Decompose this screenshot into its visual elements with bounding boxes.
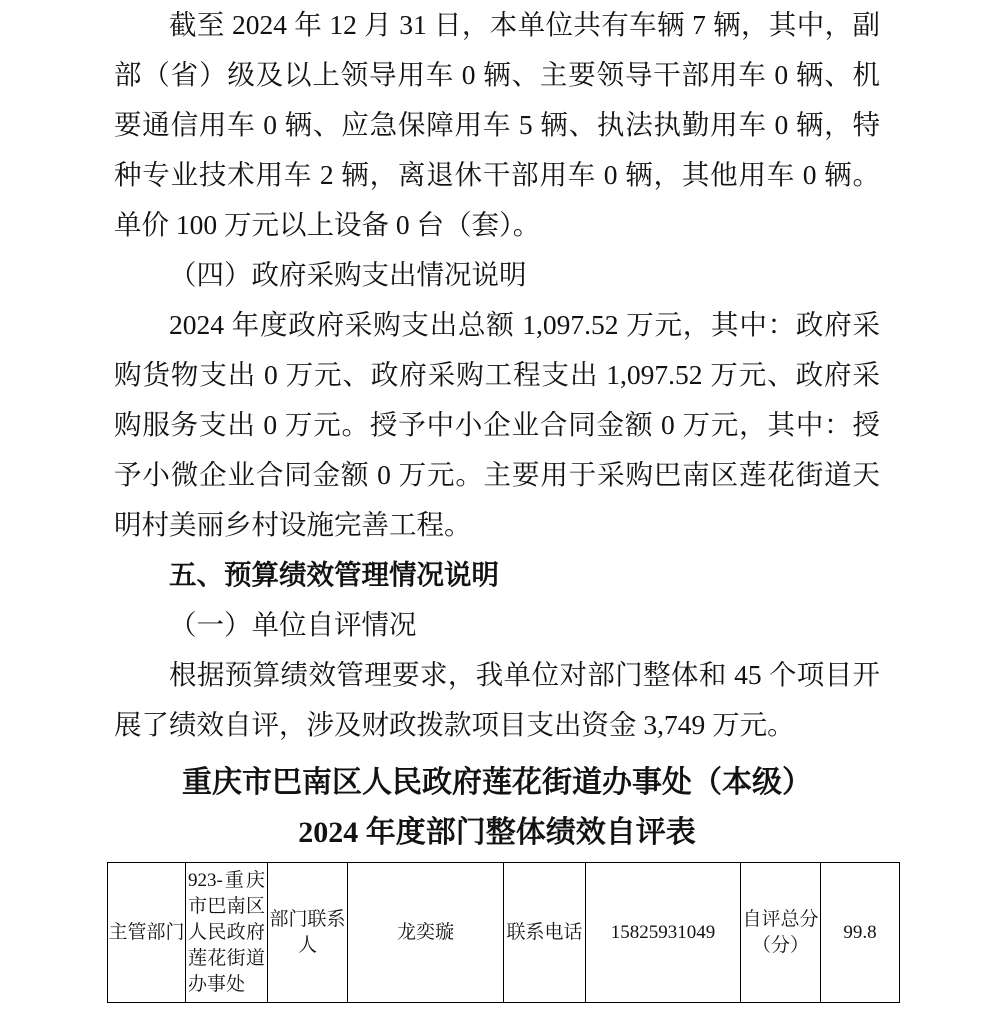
text-line: 2024 年度政府采购支出总额 1,097.52 万元，其中：政府采 [114,300,880,350]
dept-label-cell: 主管部门 [108,863,186,1003]
text-line: 部（省）级及以上领导用车 0 辆、主要领导干部用车 0 辆、机 [114,50,880,100]
self-eval-heading: （一）单位自评情况 [114,600,880,650]
document-body: 截至 2024 年 12 月 31 日，本单位共有车辆 7 辆，其中，副部（省）… [0,0,1000,858]
text-line: 截至 2024 年 12 月 31 日，本单位共有车辆 7 辆，其中，副 [114,0,880,50]
performance-heading: 五、预算绩效管理情况说明 [114,550,880,600]
text-line: 明村美丽乡村设施完善工程。 [114,500,880,550]
dept-value-cell: 923-重庆市巴南区人民政府莲花街道办事处 [186,863,268,1003]
contact-name-cell: 龙奕璇 [348,863,504,1003]
contact-label-cell: 部门联系人 [268,863,348,1003]
self-eval-table: 主管部门 923-重庆市巴南区人民政府莲花街道办事处 部门联系人 龙奕璇 联系电… [107,862,900,1003]
text-line: 购货物支出 0 万元、政府采购工程支出 1,097.52 万元、政府采 [114,350,880,400]
text-line: 种专业技术用车 2 辆，离退休干部用车 0 辆，其他用车 0 辆。 [114,150,880,200]
table-title-line1: 重庆市巴南区人民政府莲花街道办事处（本级） [114,758,880,808]
text-line: 展了绩效自评，涉及财政拨款项目支出资金 3,749 万元。 [114,700,880,750]
phone-number-cell: 15825931049 [586,863,741,1003]
table-title: 重庆市巴南区人民政府莲花街道办事处（本级） 2024 年度部门整体绩效自评表 [114,758,880,858]
vehicles-paragraph: 截至 2024 年 12 月 31 日，本单位共有车辆 7 辆，其中，副部（省）… [114,0,880,250]
procurement-paragraph: 2024 年度政府采购支出总额 1,097.52 万元，其中：政府采购货物支出 … [114,300,880,550]
text-line: 根据预算绩效管理要求，我单位对部门整体和 45 个项目开 [114,650,880,700]
table-title-line2: 2024 年度部门整体绩效自评表 [114,808,880,858]
self-eval-paragraph: 根据预算绩效管理要求，我单位对部门整体和 45 个项目开展了绩效自评，涉及财政拨… [114,650,880,750]
text-line: 要通信用车 0 辆、应急保障用车 5 辆、执法执勤用车 0 辆，特 [114,100,880,150]
table-row: 主管部门 923-重庆市巴南区人民政府莲花街道办事处 部门联系人 龙奕璇 联系电… [108,863,900,1003]
score-label-cell: 自评总分（分） [741,863,821,1003]
phone-label-cell: 联系电话 [504,863,586,1003]
score-value-cell: 99.8 [821,863,900,1003]
text-line: 予小微企业合同金额 0 万元。主要用于采购巴南区莲花街道天 [114,450,880,500]
procurement-heading: （四）政府采购支出情况说明 [114,250,880,300]
text-line: 购服务支出 0 万元。授予中小企业合同金额 0 万元，其中：授 [114,400,880,450]
text-line: 单价 100 万元以上设备 0 台（套）。 [114,200,880,250]
document-page: 截至 2024 年 12 月 31 日，本单位共有车辆 7 辆，其中，副部（省）… [0,0,1000,1009]
